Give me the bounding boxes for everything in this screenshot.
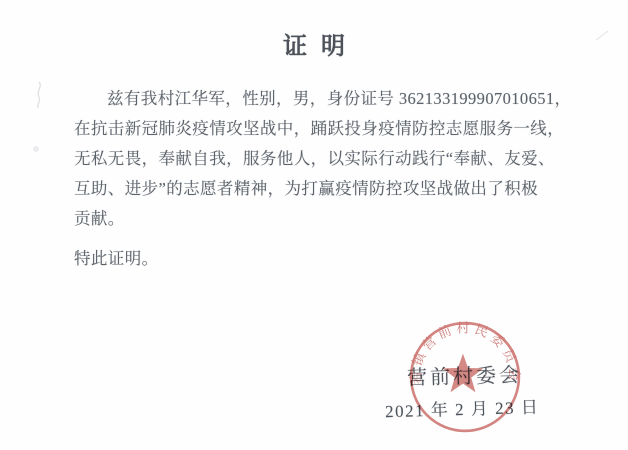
signature-text: 营前村委会: [407, 358, 523, 390]
body-line: 在抗击新冠肺炎疫情攻坚战中，踊跃投身疫情防控志愿服务一线，: [74, 114, 576, 144]
scan-artifact: [33, 146, 39, 152]
seal-ring: [411, 323, 519, 431]
red-star-icon: [443, 354, 484, 393]
body-line: 贡献。: [74, 204, 576, 234]
body-line: 兹有我村江华军，性别，男，身份证号 362133199907010651，: [74, 84, 576, 114]
body-line: 互助、进步”的志愿者精神，为打赢疫情防控攻坚战做出了积极: [74, 174, 576, 204]
document-title: 证明: [0, 26, 628, 61]
closing-statement: 特此证明。: [74, 244, 576, 274]
date-text: 2021 年 2 月 23 日: [385, 393, 540, 423]
document-body: 兹有我村江华军，性别，男，身份证号 362133199907010651， 在抗…: [74, 84, 576, 274]
scan-artifact: [30, 80, 50, 112]
certificate-page: 证明 兹有我村江华军，性别，男，身份证号 362133199907010651，…: [0, 0, 628, 450]
svg-text:岩镇营前村民委员会: 岩镇营前村民委员会: [407, 319, 522, 384]
seal-arc-text: 岩镇营前村民委员会: [407, 319, 522, 384]
body-line: 无私无畏，奉献自我，服务他人，以实际行动践行“奉献、友爱、: [74, 144, 576, 174]
official-seal: 岩镇营前村民委员会: [404, 316, 526, 438]
